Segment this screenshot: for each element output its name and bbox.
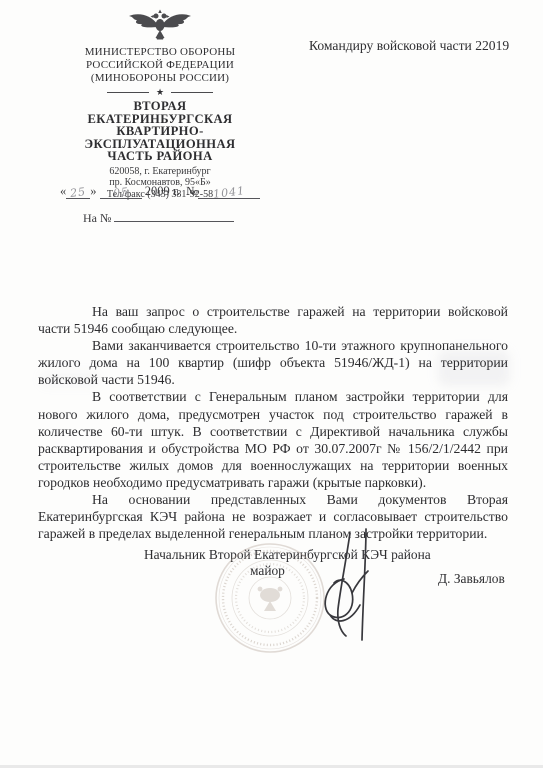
star-icon: ★ [156, 88, 164, 97]
organization-name: ВТОРАЯ ЕКАТЕРИНБУРГСКАЯ КВАРТИРНО- ЭКСПЛ… [33, 100, 287, 163]
star-divider: ★ [33, 88, 287, 97]
ministry-name: МИНИСТЕРСТВО ОБОРОНЫ РОССИЙСКОЙ ФЕДЕРАЦИ… [33, 46, 287, 85]
paragraph: На ваш запрос о строительстве гаражей на… [38, 303, 508, 337]
paragraph: На основании представленных Вами докумен… [38, 491, 508, 542]
recipient-line: Командиру войсковой части 22019 [309, 38, 509, 54]
letter-body: На ваш запрос о строительстве гаражей на… [38, 303, 508, 542]
date-and-number-row: «25» 05 2009 г. №1041 [60, 184, 260, 199]
round-stamp [211, 539, 329, 657]
letterhead: МИНИСТЕРСТВО ОБОРОНЫ РОССИЙСКОЙ ФЕДЕРАЦИ… [33, 8, 287, 199]
handwritten-day: 25 [70, 185, 87, 200]
ministry-line: РОССИЙСКОЙ ФЕДЕРАЦИИ [33, 59, 287, 72]
divider-rule [171, 92, 213, 93]
handwritten-number: 1041 [212, 184, 245, 201]
ministry-line: МИНИСТЕРСТВО ОБОРОНЫ [33, 46, 287, 59]
paragraph: Вами заканчивается строительство 10-ти э… [38, 337, 508, 388]
close-quote: » [90, 184, 96, 198]
reference-row: На № [83, 207, 234, 226]
signer-name: Д. Завьялов [438, 571, 505, 587]
ministry-line: (МИНОБОРОНЫ РОССИИ) [33, 72, 287, 85]
divider-rule [107, 92, 149, 93]
handwritten-signature [316, 527, 380, 643]
scanned-letter-page: МИНИСТЕРСТВО ОБОРОНЫ РОССИЙСКОЙ ФЕДЕРАЦИ… [0, 0, 543, 768]
year-text: 2009 г. [145, 184, 180, 198]
org-line: ЧАСТЬ РАЙОНА [33, 150, 287, 163]
mod-double-eagle-emblem-icon [33, 8, 287, 44]
month-blank: 05 [100, 184, 142, 199]
address-line: 620058, г. Екатеринбург [33, 167, 287, 177]
number-sign: № [186, 184, 198, 198]
handwritten-month: 05 [112, 185, 129, 200]
day-blank: 25 [66, 184, 90, 199]
org-line: КВАРТИРНО- [33, 125, 287, 138]
reference-label: На № [83, 211, 111, 225]
reference-blank [114, 207, 234, 222]
paragraph: В соответствии с Генеральным планом заст… [38, 388, 508, 491]
number-blank: 1041 [198, 184, 260, 199]
org-line: ВТОРАЯ [33, 100, 287, 113]
